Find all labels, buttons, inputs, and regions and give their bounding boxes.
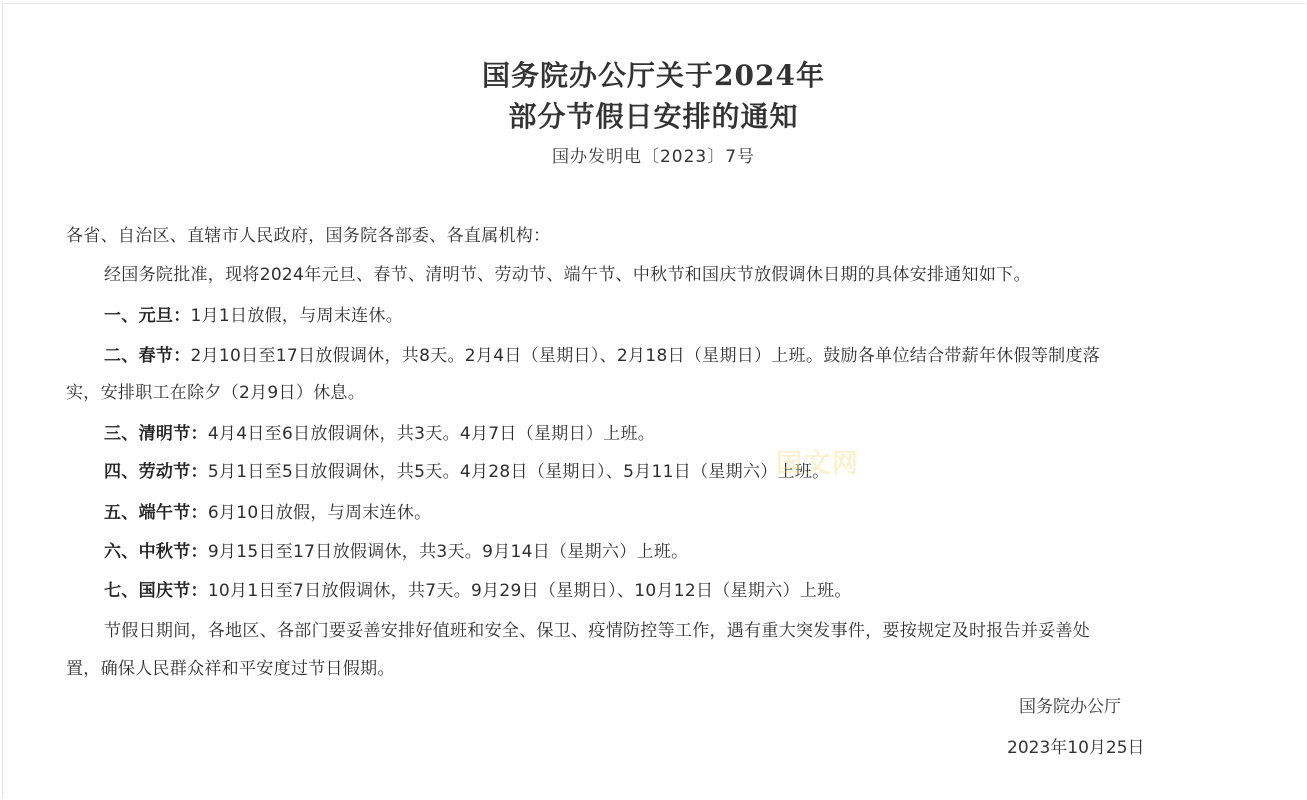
item-text: 5月1日至5日放假调休，共5天。4月28日（星期日）、5月11日（星期六）上班。 [208,462,830,482]
item-spring-festival-continuation: 实，安排职工在除夕（2月9日）休息。 [66,378,365,403]
issue-date: 2023年10月25日 [1007,733,1145,758]
item-national-day: 七、国庆节：10月1日至7日放假调休，共7天。9月29日（星期日）、10月12日… [104,576,852,601]
document-number: 国办发明电〔2023〕7号 [0,142,1307,167]
item-text: 2月10日至17日放假调休，共8天。2月4日（星期日）、2月18日（星期日）上班… [191,346,1101,366]
item-heading: 五、端午节： [104,503,208,523]
intro-paragraph: 经国务院批准，现将2024年元旦、春节、清明节、劳动节、端午节、中秋节和国庆节放… [104,260,1031,285]
document-title-line1: 国务院办公厅关于2024年 [0,54,1307,94]
item-mid-autumn: 六、中秋节：9月15日至17日放假调休，共3天。9月14日（星期六）上班。 [104,537,688,562]
item-heading: 七、国庆节： [104,581,208,601]
closing-paragraph-line1: 节假日期间，各地区、各部门要妥善安排好值班和安全、保卫、疫情防控等工作，遇有重大… [104,616,1090,641]
item-heading: 四、劳动节： [104,462,208,482]
item-heading: 六、中秋节： [104,542,208,562]
item-text: 10月1日至7日放假调休，共7天。9月29日（星期日）、10月12日（星期六）上… [208,581,852,601]
closing-paragraph-line2: 置，确保人民群众祥和平安度过节日假期。 [66,654,395,679]
item-labor-day: 四、劳动节：5月1日至5日放假调休，共5天。4月28日（星期日）、5月11日（星… [104,457,829,482]
item-text: 4月4日至6日放假调休，共3天。4月7日（星期日）上班。 [208,424,655,444]
item-text: 9月15日至17日放假调休，共3天。9月14日（星期六）上班。 [208,542,689,562]
signature: 国务院办公厅 [1019,692,1121,717]
item-text: 1月1日放假，与周末连休。 [191,306,404,326]
item-text: 6月10日放假，与周末连休。 [208,503,432,523]
item-heading: 三、清明节： [104,424,208,444]
item-dragon-boat: 五、端午节：6月10日放假，与周末连休。 [104,498,431,523]
item-new-year: 一、元旦：1月1日放假，与周末连休。 [104,301,403,326]
addressee: 各省、自治区、直辖市人民政府，国务院各部委、各直属机构： [66,221,550,246]
item-spring-festival: 二、春节：2月10日至17日放假调休，共8天。2月4日（星期日）、2月18日（星… [104,341,1100,366]
item-qingming: 三、清明节：4月4日至6日放假调休，共3天。4月7日（星期日）上班。 [104,419,655,444]
item-heading: 一、元旦： [104,306,191,326]
document-title-line2: 部分节假日安排的通知 [0,95,1307,135]
item-heading: 二、春节： [104,346,191,366]
